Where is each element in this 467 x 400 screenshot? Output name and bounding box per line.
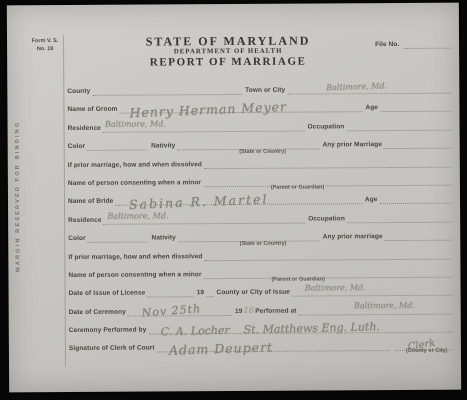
bride-color-row: Color Nativity (State or Country) Any pr… (68, 232, 455, 243)
bride-name-label: Name of Bride (68, 198, 113, 206)
bride-nativity-line: (State or Country) (178, 232, 320, 243)
bride-prior-marriage-label: Any prior marriage (323, 233, 383, 241)
groom-dissolved-row: If prior marriage, how and when dissolve… (68, 158, 455, 169)
groom-dissolved-label: If prior marriage, how and when dissolve… (68, 161, 202, 170)
town-handwritten-value: Baltimore, Md. (326, 82, 387, 92)
ceremony-date-handwritten: Nov 25th (142, 303, 202, 318)
ceremony-performed-at-handwritten: Baltimore, Md. (354, 302, 415, 310)
license-place-label: County or City of Issue (217, 289, 291, 297)
groom-occupation-line (346, 120, 451, 131)
ceremony-performed-at-label: Performed at (255, 307, 296, 315)
bride-color-line (88, 233, 149, 243)
ceremony-performed-at-line: Baltimore, Md. (299, 304, 453, 315)
groom-residence-row: Residence Baltimore, Md. Occupation (68, 121, 455, 132)
groom-color-label: Color (68, 143, 86, 151)
license-date-label: Date of Issue of License (69, 290, 146, 298)
bride-consent-note: (Parent or Guardian) (271, 277, 325, 283)
groom-name-handwritten: Henry Herman Meyer (129, 101, 287, 120)
location-row: County Town or City Baltimore, Md. (67, 85, 454, 96)
license-year-line (206, 287, 213, 297)
bride-residence-row: Residence Baltimore, Md. Occupation (68, 213, 455, 224)
ceremony-year-prefix: 19 (235, 308, 242, 316)
groom-name-line: Henry Herman Meyer (119, 103, 362, 114)
groom-age-label: Age (365, 105, 378, 113)
groom-age-line (380, 102, 451, 112)
groom-consent-row: Name of person consenting when a minor (… (68, 177, 455, 188)
clerk-signature-handwritten: Adam Deupert (169, 341, 274, 357)
form-number-line2: No. 19 (29, 45, 61, 53)
binding-margin-rule (63, 35, 66, 366)
groom-consent-line: (Parent or Guardian) (203, 176, 452, 188)
performed-by-row: Ceremony Performed by C. A. Locher St. M… (69, 324, 456, 335)
town-label: Town or City (245, 87, 285, 95)
file-number-line (403, 39, 452, 49)
bride-dissolved-label: If prior marriage, how and when dissolve… (68, 253, 202, 262)
ceremony-date-line: Nov 25th (128, 306, 232, 317)
binding-margin-note: MARGIN RESERVED FOR BINDING (14, 96, 25, 296)
town-line: Baltimore, Md. (287, 84, 451, 95)
bride-residence-handwritten: Baltimore, Md. (108, 212, 169, 220)
bride-dissolved-row: If prior marriage, how and when dissolve… (68, 250, 455, 261)
bride-occupation-line (347, 212, 452, 223)
bride-name-line: Sabina R. Martel (115, 195, 362, 207)
groom-nativity-label: Nativity (151, 143, 175, 151)
ceremony-year-handwritten: 16 (243, 307, 254, 316)
groom-name-label: Name of Groom (67, 106, 117, 114)
bride-age-line (379, 194, 452, 204)
scanned-document-paper: MARGIN RESERVED FOR BINDING Form V. S. N… (7, 3, 461, 393)
clerk-place-note: (County or City) (406, 348, 448, 354)
bride-dissolved-line (204, 249, 452, 261)
performed-by-handwritten: C. A. Locher St. Matthews Eng. Luth. (160, 321, 379, 337)
groom-nativity-line: (State or Country) (177, 140, 319, 151)
groom-dissolved-line (204, 157, 452, 169)
bride-consent-line: (Parent or Guardian) (204, 268, 453, 280)
groom-name-row: Name of Groom Henry Herman Meyer Age (67, 103, 454, 114)
file-number-field: File No. (375, 39, 455, 49)
clerk-signature-line: Adam Deupert (157, 342, 390, 353)
form-number-line1: Form V. S. (29, 37, 61, 45)
bride-nativity-label: Nativity (152, 234, 176, 242)
groom-prior-marriage-line (384, 139, 452, 149)
bride-consent-row: Name of person consenting when a minor (… (68, 269, 455, 280)
performed-by-line: C. A. Locher St. Matthews Eng. Luth. (148, 323, 452, 335)
bride-prior-marriage-line (385, 231, 453, 241)
groom-prior-marriage-label: Any prior Marriage (322, 141, 382, 149)
clerk-signature-row: Signature of Clerk of Court Adam Deupert… (69, 342, 456, 353)
document-title: REPORT OF MARRIAGE (127, 55, 329, 68)
license-row: Date of Issue of License 19 County or Ci… (69, 287, 456, 298)
bride-nativity-note: (State or Country) (240, 240, 287, 246)
bride-consent-label: Name of person consenting when a minor (68, 271, 201, 280)
state-title: STATE OF MARYLAND (127, 34, 329, 47)
groom-consent-note: (Parent or Guardian) (271, 185, 325, 191)
bride-occupation-label: Occupation (308, 215, 345, 223)
county-label: County (67, 88, 90, 96)
groom-residence-line: Baltimore, Md. (103, 121, 305, 132)
bride-age-label: Age (365, 196, 378, 204)
groom-nativity-note: (State or Country) (239, 148, 286, 154)
license-year-prefix: 19 (197, 289, 204, 297)
file-number-label: File No. (375, 41, 399, 49)
clerk-signature-label: Signature of Clerk of Court (69, 345, 155, 354)
form-body: County Town or City Baltimore, Md. Name … (67, 85, 456, 363)
performed-by-label: Ceremony Performed by (69, 327, 147, 335)
groom-consent-label: Name of person consenting when a minor (68, 179, 201, 188)
county-line (92, 85, 242, 96)
ceremony-row: Date of Ceremony Nov 25th 19 16 Performe… (69, 305, 456, 316)
bride-residence-line: Baltimore, Md. (104, 213, 306, 224)
bride-name-row: Name of Bride Sabina R. Martel Age (68, 195, 455, 206)
groom-color-row: Color Nativity (State or Country) Any pr… (68, 140, 455, 151)
license-date-line (147, 288, 193, 298)
ceremony-date-label: Date of Ceremony (69, 308, 126, 316)
groom-residence-label: Residence (68, 125, 101, 133)
bride-residence-label: Residence (68, 217, 101, 225)
form-number-stamp: Form V. S. No. 19 (29, 37, 61, 53)
license-place-handwritten: Baltimore, Md. (305, 284, 366, 292)
bride-color-label: Color (68, 235, 86, 243)
groom-color-line (87, 141, 148, 151)
clerk-title-line: Clerk (County or City) (395, 341, 453, 351)
bride-name-handwritten: Sabina R. Martel (129, 193, 269, 211)
license-place-line: Baltimore, Md. (292, 286, 453, 297)
groom-occupation-label: Occupation (308, 123, 345, 131)
groom-residence-handwritten: Baltimore, Md. (105, 120, 166, 128)
document-header: STATE OF MARYLAND DEPARTMENT OF HEALTH R… (127, 34, 329, 68)
